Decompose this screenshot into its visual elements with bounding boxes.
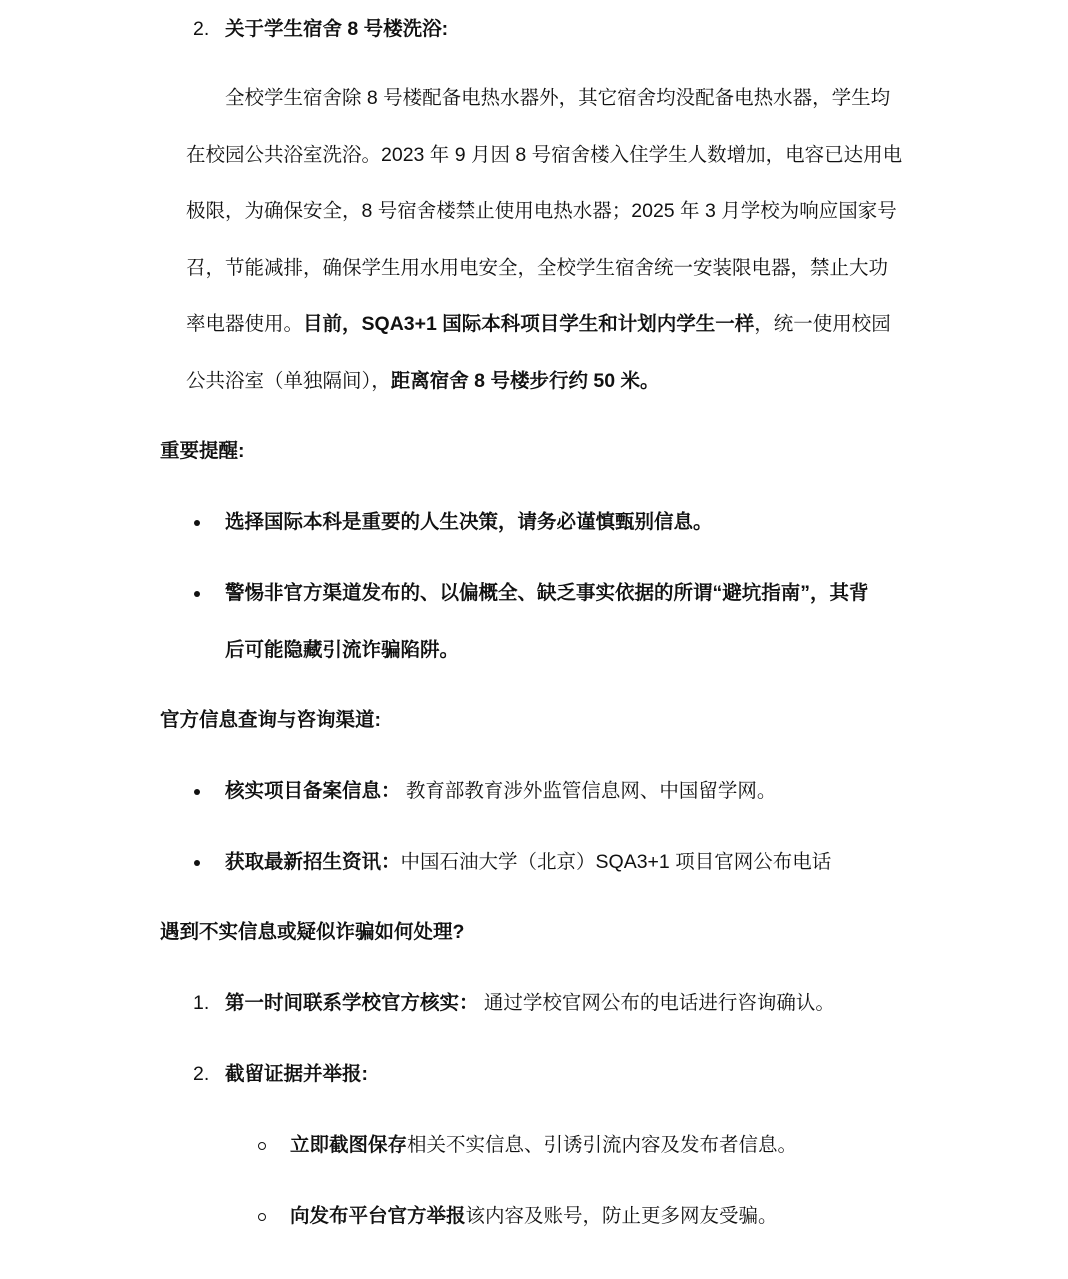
bullet-icon [194,581,200,605]
reminder-heading: 重要提醒: [160,439,245,463]
text-run: 全校学生宿舍除 8 号楼配备电热水器外，其它宿舍均没配备电热水器，学生均 [225,87,890,109]
item-label: 向发布平台官方举报 [290,1205,466,1227]
sub-list-item: 立即截图保存相关不实信息、引诱引流内容及发布者信息。 [290,1133,797,1157]
list-item: 截留证据并举报: [225,1062,368,1086]
text-run: ，统一使用校园 [754,313,891,335]
circle-bullet-icon [258,1133,266,1157]
list-item: 警惕非官方渠道发布的、以偏概全、缺乏事实依据的所谓“避坑指南”，其背 [225,581,869,605]
item-text: 通过学校官网公布的电话进行咨询确认。 [479,992,835,1014]
bullet-icon [194,510,200,534]
channels-heading: 官方信息查询与咨询渠道: [160,708,381,732]
paragraph-line: 率电器使用。目前，SQA3+1 国际本科项目学生和计划内学生一样，统一使用校园 [186,312,891,336]
handling-heading: 遇到不实信息或疑似诈骗如何处理? [160,920,464,944]
sub-list-item: 向发布平台官方举报该内容及账号，防止更多网友受骗。 [290,1204,778,1228]
bullet-icon [194,850,200,874]
item-label: 核实项目备案信息： [225,780,401,802]
list-item: 获取最新招生资讯：中国石油大学（北京）SQA3+1 项目官网公布电话 [225,850,831,874]
item-text: 该内容及账号，防止更多网友受骗。 [466,1205,778,1227]
section-title: 关于学生宿舍 8 号楼洗浴: [225,17,448,41]
document-page: 2. 关于学生宿舍 8 号楼洗浴: 全校学生宿舍除 8 号楼配备电热水器外，其它… [0,0,1068,1279]
bullet-icon [194,779,200,803]
paragraph-line: 公共浴室（单独隔间），距离宿舍 8 号楼步行约 50 米。 [186,369,659,393]
item-text: 教育部教育涉外监管信息网、中国留学网。 [401,780,777,802]
item-text: 相关不实信息、引诱引流内容及发布者信息。 [407,1134,797,1156]
text-run-bold: 距离宿舍 8 号楼步行约 50 米。 [391,370,660,392]
text-run: 率电器使用。 [186,313,303,335]
paragraph-line: 极限，为确保安全，8 号宿舍楼禁止使用电热水器；2025 年 3 月学校为响应国… [186,199,897,223]
list-item: 第一时间联系学校官方核实： 通过学校官网公布的电话进行咨询确认。 [225,991,835,1015]
text-run: 公共浴室（单独隔间）， [186,370,391,392]
item-text: 中国石油大学（北京）SQA3+1 项目官网公布电话 [401,851,832,873]
item-label: 截留证据并举报: [225,1063,368,1085]
text-run: 在校园公共浴室洗浴。2023 年 9 月因 8 号宿舍楼入住学生人数增加，电容已… [186,144,902,166]
list-number: 2. [193,1062,209,1086]
list-item: 选择国际本科是重要的人生决策，请务必谨慎甄别信息。 [225,510,713,534]
list-item-continuation: 后可能隐藏引流诈骗陷阱。 [225,638,459,662]
item-label: 获取最新招生资讯： [225,851,401,873]
list-item: 核实项目备案信息： 教育部教育涉外监管信息网、中国留学网。 [225,779,776,803]
text-run: 极限，为确保安全，8 号宿舍楼禁止使用电热水器；2025 年 3 月学校为响应国… [186,200,897,222]
list-number: 1. [193,991,209,1015]
list-number: 2. [193,17,209,41]
circle-bullet-icon [258,1204,266,1228]
item-label: 立即截图保存 [290,1134,407,1156]
paragraph-line: 全校学生宿舍除 8 号楼配备电热水器外，其它宿舍均没配备电热水器，学生均 [225,86,890,110]
item-label: 第一时间联系学校官方核实： [225,992,479,1014]
paragraph-line: 召，节能减排，确保学生用水用电安全，全校学生宿舍统一安装限电器，禁止大功 [186,256,888,280]
paragraph-line: 在校园公共浴室洗浴。2023 年 9 月因 8 号宿舍楼入住学生人数增加，电容已… [186,143,902,167]
text-run: 召，节能减排，确保学生用水用电安全，全校学生宿舍统一安装限电器，禁止大功 [186,257,888,279]
text-run-bold: 目前，SQA3+1 国际本科项目学生和计划内学生一样 [303,313,754,335]
